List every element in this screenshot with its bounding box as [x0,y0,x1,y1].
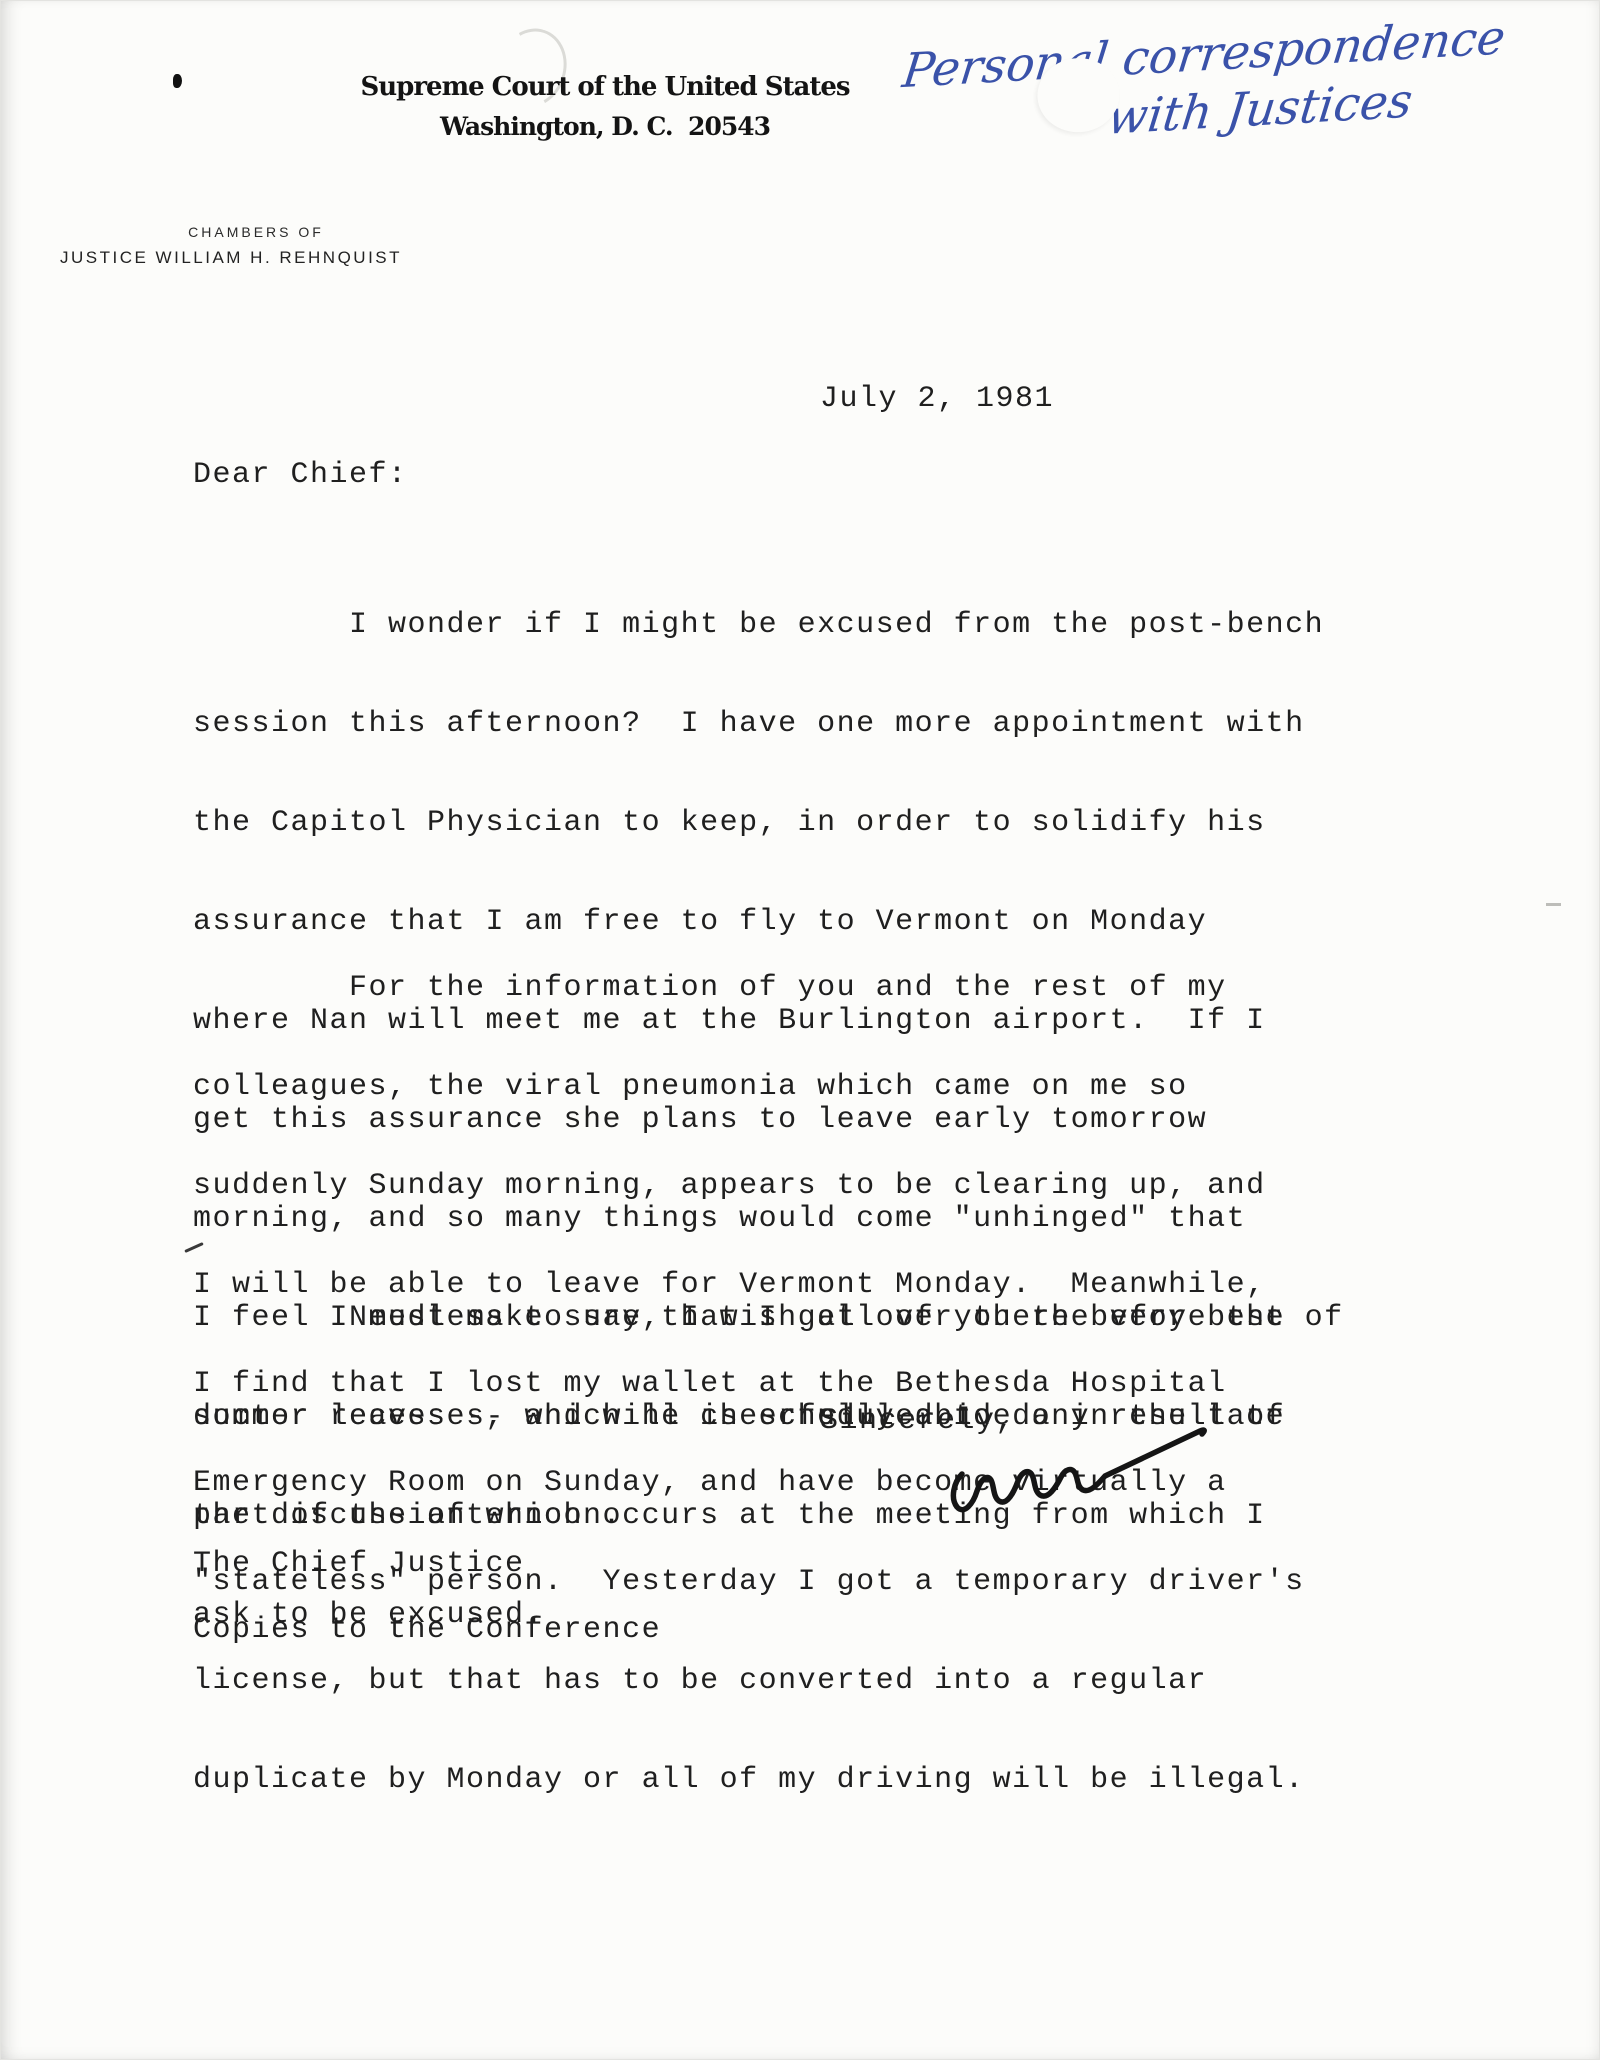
typed-line: I wonder if I might be excused from the … [193,609,1324,642]
ink-blot-mark [173,74,182,88]
typed-line: the Capitol Physician to keep, in order … [193,807,1324,840]
typed-line: colleagues, the viral pneumonia which ca… [193,1071,1305,1104]
recipient-line: The Chief Justice [193,1548,525,1581]
letterhead-address: Washington, D. C. 20543 [440,112,770,141]
signature-handwritten [946,1420,1218,1538]
typed-line: duplicate by Monday or all of my driving… [193,1764,1305,1797]
typed-line: Needless to say, I wish all of you the v… [193,1302,1344,1335]
scanned-letter-page: Supreme Court of the United States Washi… [0,0,1600,2060]
chambers-of-label: CHAMBERS OF [62,224,450,240]
letterhead-court-title: Supreme Court of the United States [360,72,849,102]
typed-line: session this afternoon? I have one more … [193,708,1324,741]
signature-stroke [953,1430,1204,1510]
cc-conference-line: Copies to the Conference [193,1614,661,1647]
justice-name-label: JUSTICE WILLIAM H. REHNQUIST [60,248,402,268]
typed-line: suddenly Sunday morning, appears to be c… [193,1170,1305,1203]
handwritten-annotation: Personal correspondence with Justices [891,8,1558,195]
letter-date: July 2, 1981 [820,383,1054,416]
typed-line: For the information of you and the rest … [193,972,1305,1005]
scan-edge-dash-mark [1546,903,1561,906]
salutation: Dear Chief: [193,459,408,492]
